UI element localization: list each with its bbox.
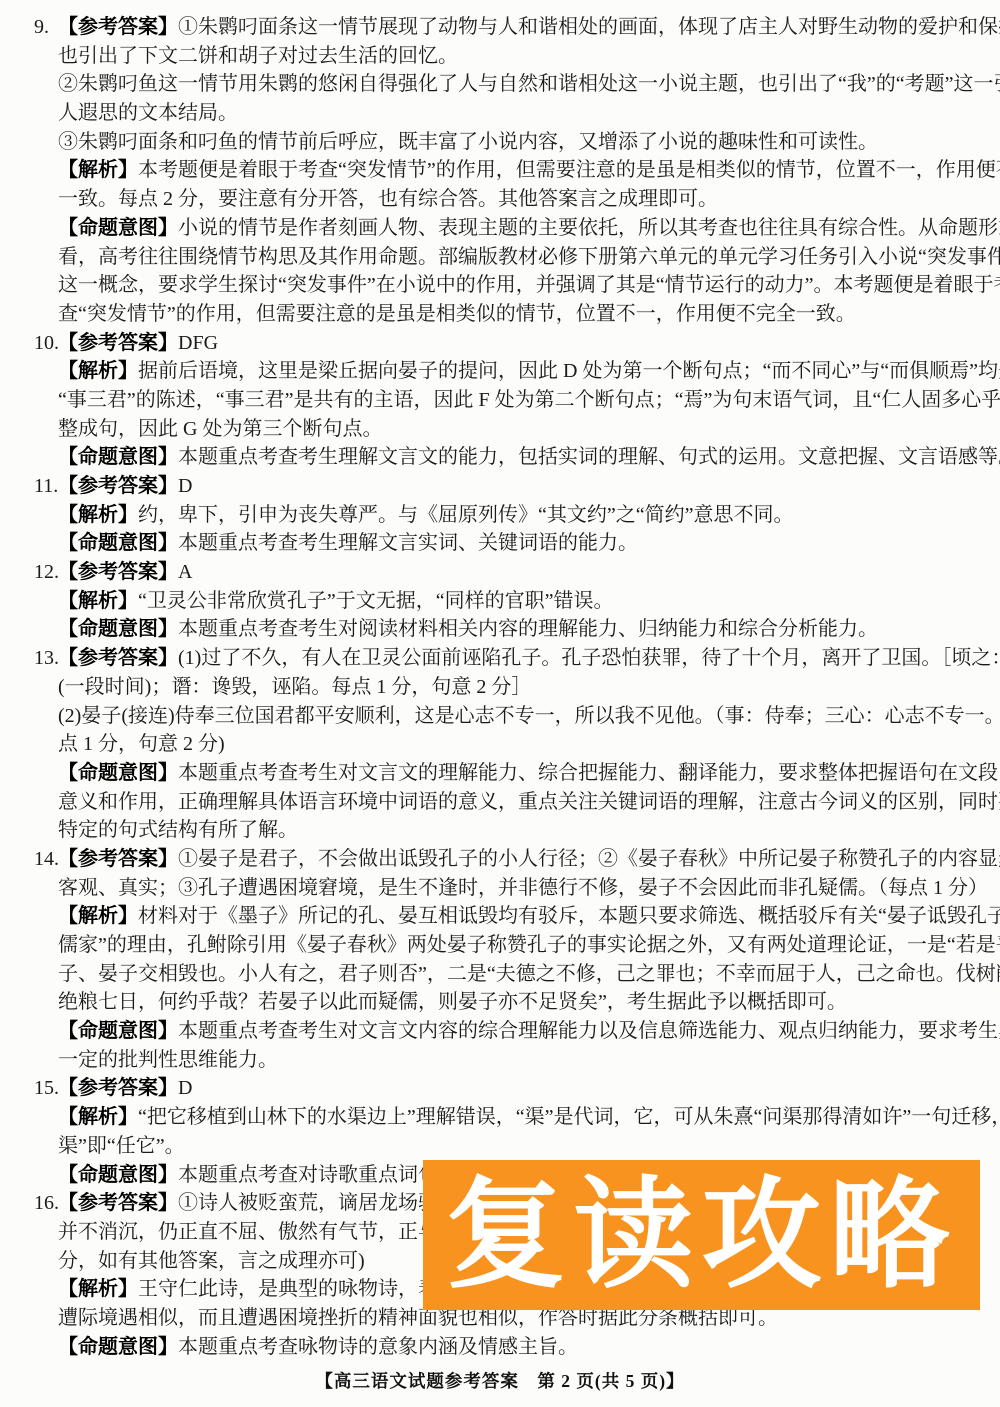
line-text: 特定的句式结构有所了解。: [58, 819, 298, 841]
line-text: 据前后语境，这里是梁丘据向晏子的提问，因此 D 处为第一个断句点；“而不同心”与…: [138, 360, 1000, 382]
line-text: ③朱鹮叼面条和叼鱼的情节前后呼应，既丰富了小说内容，又增添了小说的趣味性和可读性…: [58, 131, 878, 153]
section-label: 【参考答案】: [58, 561, 178, 583]
line-text: 一定的批判性思维能力。: [58, 1049, 278, 1071]
document-line: 人遐思的文本结局。: [0, 99, 1000, 128]
item-number: 16.: [34, 1189, 59, 1218]
document-line: 【解析】“把它移植到山林下的水渠边上”理解错误，“渠”是代词，它，可从朱熹“问渠…: [0, 1103, 1000, 1132]
section-label: 【解析】: [58, 1278, 138, 1300]
item-number: 12.: [34, 558, 59, 587]
section-label: 【解析】: [58, 159, 138, 181]
line-text: 客观、真实；③孔子遭遇困境窘境，是生不逢时，并非德行不修，晏子不会因此而非孔疑儒…: [58, 877, 988, 899]
section-label: 【参考答案】: [58, 848, 178, 870]
document-line: 14.【参考答案】①晏子是君子，不会做出诋毁孔子的小人行径；②《晏子春秋》中所记…: [0, 845, 1000, 874]
line-text: 小说的情节是作者刻画人物、表现主题的主要依托，所以其考查也往往具有综合性。从命题…: [178, 217, 1000, 239]
section-label: 【命题意图】: [58, 1164, 178, 1186]
document-line: “事三君”的陈述，“事三君”是共有的主语，因此 F 处为第二个断句点；“焉”为句…: [0, 386, 1000, 415]
line-text: “卫灵公非常欣赏孔子”于文无据，“同样的官职”错误。: [138, 590, 614, 612]
line-text: 也引出了下文二饼和胡子对过去生活的回忆。: [58, 45, 458, 67]
document-line: 客观、真实；③孔子遭遇困境窘境，是生不逢时，并非德行不修，晏子不会因此而非孔疑儒…: [0, 874, 1000, 903]
section-label: 【解析】: [58, 360, 138, 382]
document-line: 【命题意图】本题重点考查考生对阅读材料相关内容的理解能力、归纳能力和综合分析能力…: [0, 615, 1000, 644]
section-label: 【解析】: [58, 1106, 138, 1128]
section-label: 【参考答案】: [58, 16, 178, 38]
document-line: 绝粮七日，何约乎哉？若晏子以此而疑儒，则晏子亦不足贤矣”，考生据此予以概括即可。: [0, 988, 1000, 1017]
document-line: 【解析】据前后语境，这里是梁丘据向晏子的提问，因此 D 处为第一个断句点；“而不…: [0, 357, 1000, 386]
document-line: 【解析】约，卑下，引申为丧失尊严。与《屈原列传》“其文约”之“简约”意思不同。: [0, 501, 1000, 530]
document-line: 【命题意图】小说的情节是作者刻画人物、表现主题的主要依托，所以其考查也往往具有综…: [0, 214, 1000, 243]
line-text: ①朱鹮叼面条这一情节展现了动物与人和谐相处的画面，体现了店主人对野生动物的爱护和…: [178, 16, 1000, 38]
answer-sheet-page: 9.【参考答案】①朱鹮叼面条这一情节展现了动物与人和谐相处的画面，体现了店主人对…: [0, 0, 1000, 1407]
line-text: 一致。每点 2 分，要注意有分开答，也有综合答。其他答案言之成理即可。: [58, 188, 718, 210]
item-number: 14.: [34, 845, 59, 874]
section-label: 【命题意图】: [58, 762, 178, 784]
line-text: A: [178, 561, 192, 583]
document-line: 【解析】本考题便是着眼于考查“突发情节”的作用，但需要注意的是虽是相类似的情节，…: [0, 156, 1000, 185]
document-line: 点 1 分，句意 2 分): [0, 730, 1000, 759]
document-line: (一段时间)；谮：谗毁，诬陷。每点 1 分，句意 2 分］: [0, 673, 1000, 702]
line-text: “事三君”的陈述，“事三君”是共有的主语，因此 F 处为第二个断句点；“焉”为句…: [58, 389, 1000, 411]
document-line: 15.【参考答案】D: [0, 1074, 1000, 1103]
line-text: 分，如有其他答案，言之成理亦可): [58, 1250, 365, 1272]
item-number: 11.: [34, 472, 58, 501]
document-line: 【命题意图】本题重点考查考生理解文言实词、关键词语的能力。: [0, 529, 1000, 558]
section-label: 【命题意图】: [58, 618, 178, 640]
line-text: 这一概念，要求学生探讨“突发事件”在小说中的作用，并强调了其是“情节运行的动力”…: [58, 274, 1000, 296]
line-text: 遭际境遇相似，而且遭遇困境挫折的精神面貌也相似，作答时据此分条概括即可。: [58, 1307, 778, 1329]
document-line: 这一概念，要求学生探讨“突发事件”在小说中的作用，并强调了其是“情节运行的动力”…: [0, 271, 1000, 300]
line-text: 整成句，因此 G 处为第三个断句点。: [58, 418, 382, 440]
document-line: 也引出了下文二饼和胡子对过去生活的回忆。: [0, 42, 1000, 71]
line-text: 约，卑下，引申为丧失尊严。与《屈原列传》“其文约”之“简约”意思不同。: [138, 504, 794, 526]
document-line: ③朱鹮叼面条和叼鱼的情节前后呼应，既丰富了小说内容，又增添了小说的趣味性和可读性…: [0, 128, 1000, 157]
document-line: 12.【参考答案】A: [0, 558, 1000, 587]
line-text: 看，高考往往围绕情节构思及其作用命题。部编版教材必修下册第六单元的单元学习任务引…: [58, 246, 1000, 268]
document-line: 整成句，因此 G 处为第三个断句点。: [0, 415, 1000, 444]
document-line: 【命题意图】本题重点考查考生对文言文内容的综合理解能力以及信息筛选能力、观点归纳…: [0, 1017, 1000, 1046]
section-label: 【命题意图】: [58, 1020, 178, 1042]
line-text: 儒家”的理由，孔鲋除引用《晏子春秋》两处晏子称赞孔子的事实论据之外，又有两处道理…: [58, 934, 1000, 956]
document-line: 【命题意图】本题重点考查咏物诗的意象内涵及情感主旨。: [0, 1333, 1000, 1362]
section-label: 【参考答案】: [58, 332, 178, 354]
line-text: 本题重点考查考生理解文言文的能力，包括实词的理解、句式的运用。文意把握、文言语感…: [178, 446, 1000, 468]
section-label: 【参考答案】: [58, 647, 178, 669]
line-text: 材料对于《墨子》所记的孔、晏互相诋毁均有驳斥，本题只要求筛选、概括驳斥有关“晏子…: [138, 905, 1000, 927]
document-line: 一定的批判性思维能力。: [0, 1046, 1000, 1075]
line-text: 人遐思的文本结局。: [58, 102, 238, 124]
section-label: 【参考答案】: [58, 1077, 178, 1099]
item-number: 13.: [34, 644, 59, 673]
line-text: “把它移植到山林下的水渠边上”理解错误，“渠”是代词，它，可从朱熹“问渠那得清如…: [138, 1106, 1000, 1128]
document-line: 9.【参考答案】①朱鹮叼面条这一情节展现了动物与人和谐相处的画面，体现了店主人对…: [0, 13, 1000, 42]
line-text: 查“突发情节”的作用，但需要注意的是虽是相类似的情节，位置不一，作用便不完全一致…: [58, 303, 856, 325]
document-line: ②朱鹮叼鱼这一情节用朱鹮的悠闲自得强化了人与自然和谐相处这一小说主题，也引出了“…: [0, 70, 1000, 99]
section-label: 【解析】: [58, 504, 138, 526]
section-label: 【解析】: [58, 905, 138, 927]
line-text: ①晏子是君子，不会做出诋毁孔子的小人行径；②《晏子春秋》中所记晏子称赞孔子的内容…: [178, 848, 1000, 870]
section-label: 【解析】: [58, 590, 138, 612]
line-text: 本题重点考查咏物诗的意象内涵及情感主旨。: [178, 1336, 578, 1358]
document-line: 【解析】“卫灵公非常欣赏孔子”于文无据，“同样的官职”错误。: [0, 587, 1000, 616]
line-text: (一段时间)；谮：谗毁，诬陷。每点 1 分，句意 2 分］: [58, 676, 531, 698]
line-text: 意义和作用，正确理解具体语言环境中词语的意义，重点关注关键词语的理解，注意古今词…: [58, 791, 1000, 813]
line-text: D: [178, 475, 192, 497]
document-line: 【解析】材料对于《墨子》所记的孔、晏互相诋毁均有驳斥，本题只要求筛选、概括驳斥有…: [0, 902, 1000, 931]
document-line: 意义和作用，正确理解具体语言环境中词语的意义，重点关注关键词语的理解，注意古今词…: [0, 788, 1000, 817]
line-text: D: [178, 1077, 192, 1099]
item-number: 15.: [34, 1074, 59, 1103]
section-label: 【参考答案】: [58, 1192, 178, 1214]
document-line: 【命题意图】本题重点考查考生对文言文的理解能力、综合把握能力、翻译能力，要求整体…: [0, 759, 1000, 788]
section-label: 【命题意图】: [58, 446, 178, 468]
section-label: 【命题意图】: [58, 532, 178, 554]
line-text: 本题重点考查考生对文言文内容的综合理解能力以及信息筛选能力、观点归纳能力，要求考…: [178, 1020, 1000, 1042]
document-line: 一致。每点 2 分，要注意有分开答，也有综合答。其他答案言之成理即可。: [0, 185, 1000, 214]
line-text: 本考题便是着眼于考查“突发情节”的作用，但需要注意的是虽是相类似的情节，位置不一…: [138, 159, 1000, 181]
line-text: 子、晏子交相毁也。小人有之，君子则否”，二是“夫德之不修，己之罪也；不幸而屈于人…: [58, 963, 1000, 985]
document-line: 儒家”的理由，孔鲋除引用《晏子春秋》两处晏子称赞孔子的事实论据之外，又有两处道理…: [0, 931, 1000, 960]
document-line: 13.【参考答案】(1)过了不久，有人在卫灵公面前诬陷孔子。孔子恐怕获罪，待了十…: [0, 644, 1000, 673]
item-number: 9.: [34, 13, 49, 42]
line-text: 点 1 分，句意 2 分): [58, 733, 225, 755]
item-number: 10.: [34, 329, 59, 358]
document-line: 特定的句式结构有所了解。: [0, 816, 1000, 845]
document-line: 查“突发情节”的作用，但需要注意的是虽是相类似的情节，位置不一，作用便不完全一致…: [0, 300, 1000, 329]
fudu-gonglue-watermark: 复读攻略: [423, 1160, 980, 1310]
line-text: 渠”即“任它”。: [58, 1135, 185, 1157]
document-line: 10.【参考答案】DFG: [0, 329, 1000, 358]
line-text: ②朱鹮叼鱼这一情节用朱鹮的悠闲自得强化了人与自然和谐相处这一小说主题，也引出了“…: [58, 73, 1000, 95]
section-label: 【命题意图】: [58, 1336, 178, 1358]
section-label: 【参考答案】: [58, 475, 178, 497]
page-footer: 【高三语文试题参考答案 第 2 页(共 5 页)】: [0, 1368, 1000, 1393]
document-line: 11.【参考答案】D: [0, 472, 1000, 501]
section-label: 【命题意图】: [58, 217, 178, 239]
line-text: DFG: [178, 332, 218, 354]
line-text: (2)晏子(接连)侍奉三位国君都平安顺利，这是心志不专一，所以我不见他。（事：侍…: [58, 705, 1000, 727]
document-line: 【命题意图】本题重点考查考生理解文言文的能力，包括实词的理解、句式的运用。文意把…: [0, 443, 1000, 472]
line-text: (1)过了不久，有人在卫灵公面前诬陷孔子。孔子恐怕获罪，待了十个月，离开了卫国。…: [178, 647, 1000, 669]
document-line: 看，高考往往围绕情节构思及其作用命题。部编版教材必修下册第六单元的单元学习任务引…: [0, 243, 1000, 272]
line-text: 绝粮七日，何约乎哉？若晏子以此而疑儒，则晏子亦不足贤矣”，考生据此予以概括即可。: [58, 991, 847, 1013]
line-text: 本题重点考查考生对文言文的理解能力、综合把握能力、翻译能力，要求整体把握语句在文…: [178, 762, 1000, 784]
line-text: 本题重点考查考生对阅读材料相关内容的理解能力、归纳能力和综合分析能力。: [178, 618, 878, 640]
line-text: 并不消沉，仍正直不屈、傲然有气节，正与老松: [58, 1221, 478, 1243]
document-line: (2)晏子(接连)侍奉三位国君都平安顺利，这是心志不专一，所以我不见他。（事：侍…: [0, 702, 1000, 731]
document-line: 渠”即“任它”。: [0, 1132, 1000, 1161]
document-line: 子、晏子交相毁也。小人有之，君子则否”，二是“夫德之不修，己之罪也；不幸而屈于人…: [0, 960, 1000, 989]
line-text: 本题重点考查考生理解文言实词、关键词语的能力。: [178, 532, 638, 554]
